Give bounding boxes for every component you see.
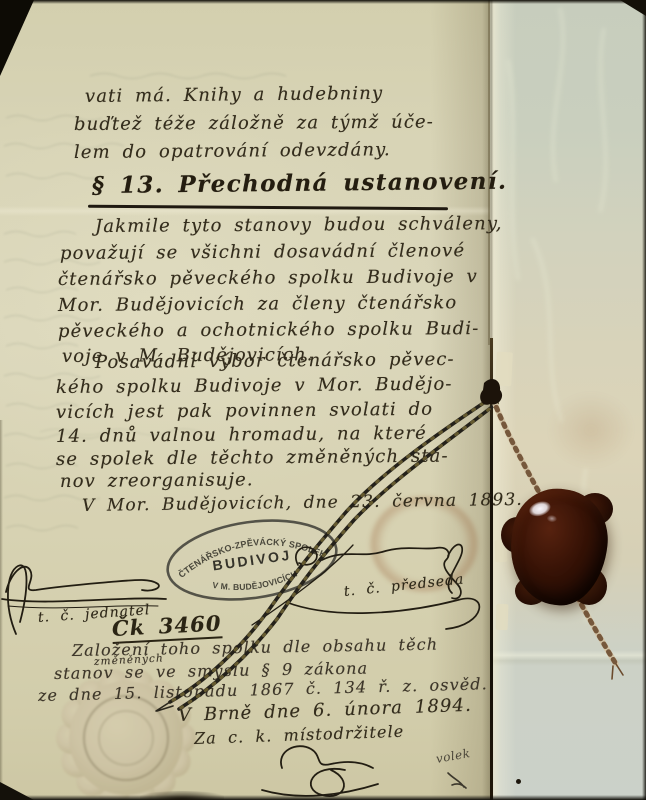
handwritten-line: Posavádní výbor čtenářsko pěvec- bbox=[95, 349, 455, 373]
paper-tear bbox=[495, 352, 513, 387]
document-photo: vati má. Knihy a hudebniny buďtež téže z… bbox=[0, 0, 646, 800]
paper-stain bbox=[548, 392, 634, 468]
handwritten-line: vati má. Knihy a hudebniny bbox=[85, 83, 383, 107]
handwritten-line: Jakmile tyto stanovy budou schváleny, bbox=[95, 213, 503, 237]
handwritten-line: lem do opatrování odevzdány. bbox=[74, 139, 391, 163]
photo-edge bbox=[642, 0, 646, 800]
handwritten-line: vicích jest pak povinnen svolati do bbox=[56, 399, 433, 423]
handwritten-line: čtenářsko pěveckého spolku Budivoje v bbox=[58, 266, 478, 290]
handwritten-line: buďtež téže záložně za týmž úče- bbox=[74, 111, 434, 135]
ink-dot bbox=[516, 779, 521, 784]
handwritten-line: nov zreorganisuje. bbox=[60, 469, 254, 492]
section-heading: § 13. Přechodná ustanovení. bbox=[92, 168, 508, 199]
wax-seal bbox=[503, 483, 615, 613]
photo-edge-blob bbox=[140, 791, 224, 800]
handwritten-line: považují se všichni dosavádní členové bbox=[60, 240, 465, 264]
handwritten-line: pěveckého a ochotnického spolku Budi- bbox=[58, 318, 480, 342]
handwritten-line: 14. dnů valnou hromadu, na které bbox=[56, 423, 427, 447]
wax-seal-glint bbox=[547, 515, 558, 523]
spine-fold bbox=[490, 338, 493, 800]
paper-crease bbox=[492, 650, 646, 666]
photo-edge bbox=[0, 0, 646, 4]
handwritten-line: se spolek dle těchto změněných sta- bbox=[56, 446, 449, 470]
handwritten-line: kého spolku Budivoje v Mor. Budějo- bbox=[56, 374, 453, 398]
photo-edge bbox=[0, 795, 646, 800]
handwritten-line: Mor. Budějovicích za členy čtenářsko bbox=[58, 292, 457, 316]
photo-edge bbox=[0, 420, 3, 800]
